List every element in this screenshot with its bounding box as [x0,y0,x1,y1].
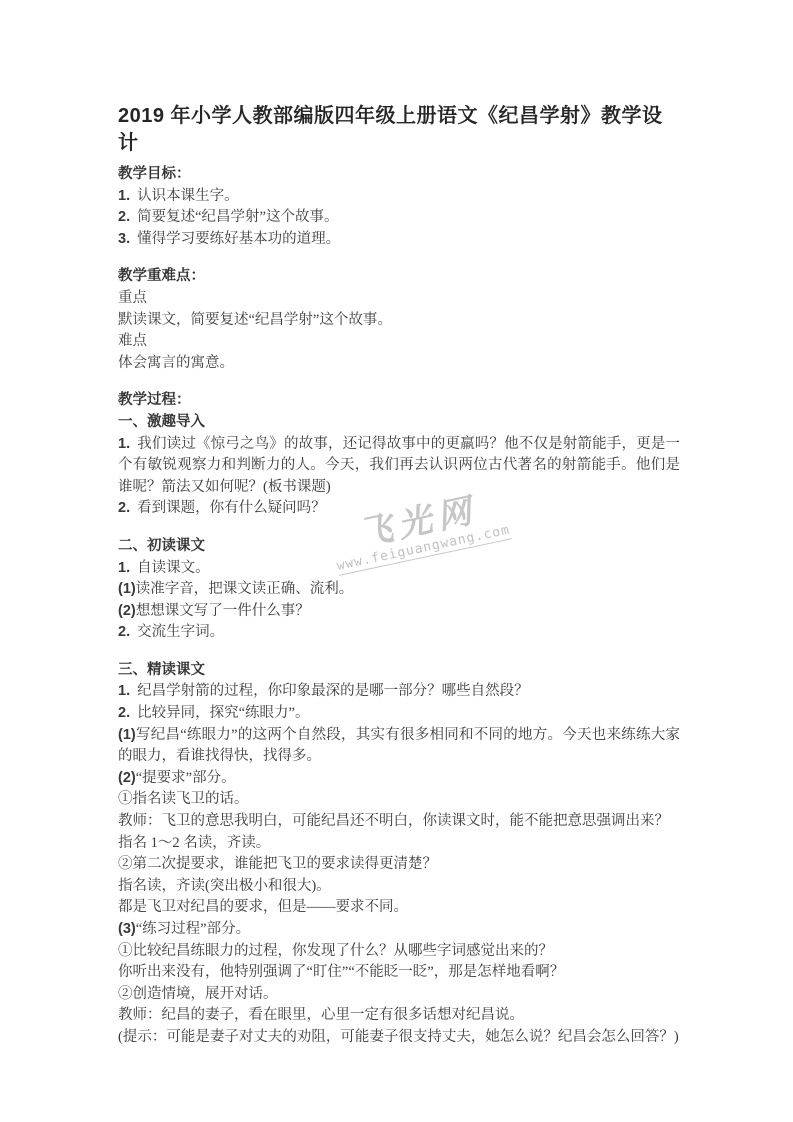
paragraph-line: 2.交流生字词。 [118,622,680,644]
list-number: (3) [118,921,136,937]
paragraph-line: 你听出来没有，他特别强调了“盯住”“不能眨一眨”，那是怎样地看啊？ [118,962,680,984]
list-number: 1. [118,560,130,576]
paragraph-line: ①指名读飞卫的话。 [118,789,680,811]
paragraph-line: 2.比较异同，探究“练眼力”。 [118,703,680,725]
paragraph-line: 难点 [118,331,680,353]
paragraph-line: 1.纪昌学射箭的过程，你印象最深的是哪一部分？哪些自然段？ [118,681,680,703]
list-number: 2. [118,209,130,225]
paragraph-line: 3.懂得学习要练好基本功的道理。 [118,229,680,251]
document-title: 2019 年小学人教部编版四年级上册语文《纪昌学射》教学设计 [118,103,680,157]
paragraph-line: ①比较纪昌练眼力的过程，你发现了什么？从哪些字词感觉出来的？ [118,941,680,963]
list-number: 1. [118,436,130,452]
paragraph-line: 1.自读课文。 [118,558,680,580]
paragraph-line: (1)写纪昌“练眼力”的这两个自然段，其实有很多相同和不同的地方。今天也来练练大… [118,725,680,768]
list-number: 2. [118,624,130,640]
paragraph-line: 1.认识本课生字。 [118,186,680,208]
list-number: 2. [118,500,130,516]
paragraph-line: (1)读准字音，把课文读正确、流利。 [118,579,680,601]
section-heading: 一、激趣导入 [118,412,680,434]
paragraph-line: 默读课文，简要复述“纪昌学射”这个故事。 [118,310,680,332]
document-content: 2019 年小学人教部编版四年级上册语文《纪昌学射》教学设计 教学目标：1.认识… [118,103,680,1049]
section-heading: 二、初读课文 [118,536,680,558]
paragraph-line: ②创造情境，展开对话。 [118,984,680,1006]
list-number: (1) [118,727,136,743]
section-heading: 教学重难点： [118,266,680,288]
paragraph-line: 重点 [118,288,680,310]
paragraph-line: 1.我们读过《惊弓之鸟》的故事，还记得故事中的更羸吗？他不仅是射箭能手，更是一个… [118,434,680,499]
paragraph-line: 教师：纪昌的妻子，看在眼里，心里一定有很多话想对纪昌说。 [118,1005,680,1027]
paragraph-line: (2)“提要求”部分。 [118,768,680,790]
paragraph-line: ②第二次提要求，谁能把飞卫的要求读得更清楚？ [118,854,680,876]
list-number: 1. [118,188,130,204]
document-body: 教学目标：1.认识本课生字。2.简要复述“纪昌学射”这个故事。3.懂得学习要练好… [118,164,680,1049]
paragraph-line: 体会寓言的寓意。 [118,353,680,375]
list-number: 2. [118,705,130,721]
paragraph-line: 教师：飞卫的意思我明白，可能纪昌还不明白，你读课文时，能不能把意思强调出来？ [118,811,680,833]
paragraph-line: (3)“练习过程”部分。 [118,919,680,941]
paragraph-line: 2.简要复述“纪昌学射”这个故事。 [118,207,680,229]
paragraph-line: 都是飞卫对纪昌的要求，但是——要求不同。 [118,897,680,919]
list-number: (1) [118,581,136,597]
list-number: (2) [118,603,136,619]
list-number: 3. [118,231,130,247]
paragraph-line: (2)想想课文写了一件什么事？ [118,601,680,623]
paragraph-line: 指名读，齐读(突出极小和很大)。 [118,876,680,898]
paragraph-line: 指名 1～2 名读，齐读。 [118,833,680,855]
paragraph-line: 2.看到课题，你有什么疑问吗？ [118,498,680,520]
section-heading: 教学过程： [118,390,680,412]
section-heading: 教学目标： [118,164,680,186]
paragraph-line: (提示：可能是妻子对丈夫的劝阻，可能妻子很支持丈夫，她怎么说？纪昌会怎么回答？) [118,1027,680,1049]
document-page: 2019 年小学人教部编版四年级上册语文《纪昌学射》教学设计 教学目标：1.认识… [0,0,793,1122]
list-number: 1. [118,683,130,699]
section-heading: 三、精读课文 [118,660,680,682]
list-number: (2) [118,770,136,786]
